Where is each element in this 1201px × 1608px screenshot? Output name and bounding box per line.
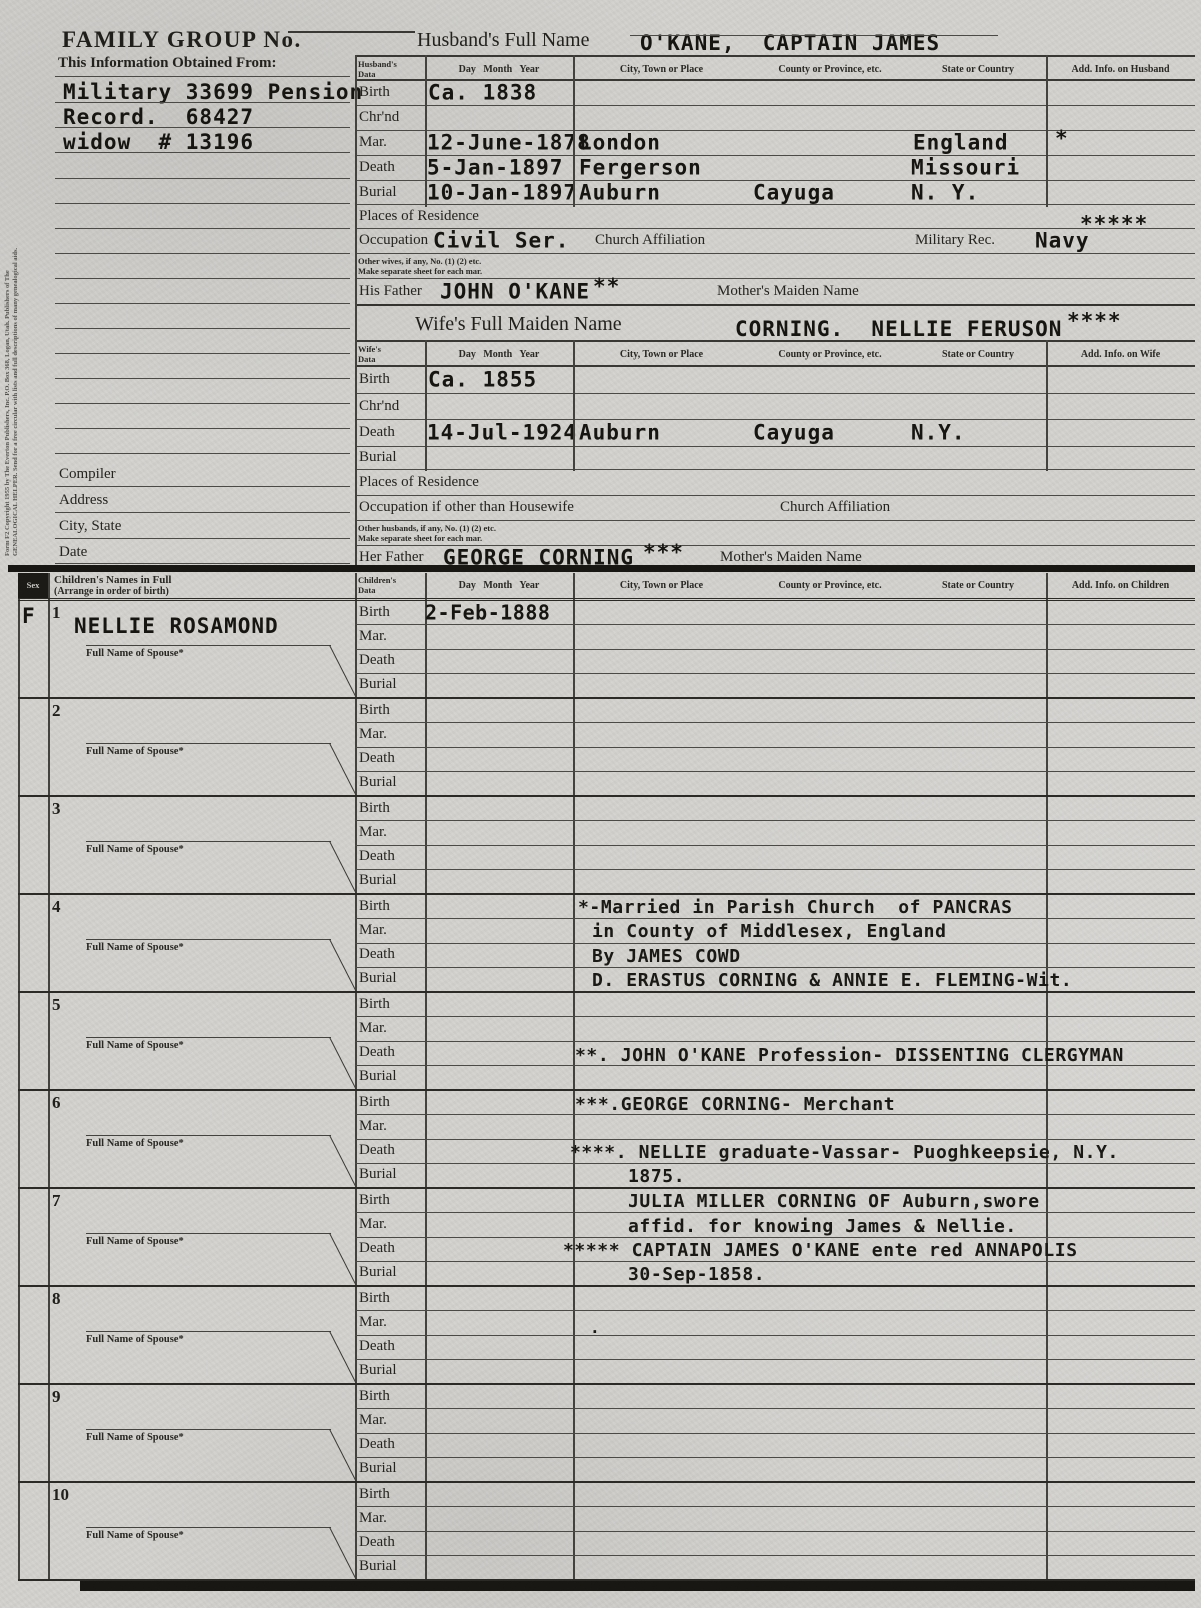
wife-christened-row: Chr'nd — [355, 394, 1195, 420]
burial-label: Burial — [359, 1069, 397, 1086]
marriage-label: Mar. — [359, 1216, 387, 1233]
rule-line — [55, 278, 350, 279]
child-number: 9 — [52, 1387, 61, 1407]
husband-marriage-row: Mar. 12-June-1878 London England * — [355, 131, 1195, 156]
child-sex-value: F — [22, 604, 36, 628]
spouse-name-line — [86, 743, 331, 744]
marriage-label: Mar. — [359, 824, 387, 841]
other-husbands-note-line2: Make separate sheet for each mar. — [358, 534, 482, 544]
husband-death-city: Fergerson — [579, 156, 702, 180]
spouse-diagonal-line — [329, 1037, 356, 1089]
birth-label: Birth — [359, 371, 390, 388]
husband-death-state: Missouri — [911, 156, 1020, 180]
marriage-note-line-4: D. ERASTUS CORNING & ANNIE E. FLEMING-Wi… — [592, 970, 1072, 991]
marriage-label: Mar. — [359, 726, 387, 743]
church-affiliation-label: Church Affiliation — [595, 232, 705, 249]
death-label: Death — [359, 652, 395, 669]
child-data-rows: Birth Mar. Death Burial — [355, 1385, 1195, 1481]
husband-burial-county: Cayuga — [753, 180, 835, 204]
his-father-stars: ** — [593, 274, 620, 298]
date-label: Date — [59, 544, 87, 561]
spouse-name-label: Full Name of Spouse* — [86, 942, 184, 953]
child-burial-row: Burial — [355, 772, 1195, 795]
city-column-header: City, Town or Place — [573, 342, 750, 368]
spouse-name-label: Full Name of Spouse* — [86, 1334, 184, 1345]
child-burial-row: Burial — [355, 1360, 1195, 1383]
wife-name-stars: **** — [1067, 309, 1122, 333]
child-block: 2 Full Name of Spouse* Birth Mar. Death … — [18, 699, 1195, 797]
husband-birth-row: Birth Ca. 1838 — [355, 81, 1195, 106]
death-label: Death — [359, 159, 395, 176]
column-line — [355, 55, 357, 569]
birth-label: Birth — [359, 800, 390, 817]
rule-line — [55, 486, 350, 487]
child-death-row: Death — [355, 846, 1195, 870]
info-column-header: Add. Info. on Wife — [1046, 342, 1195, 368]
spouse-name-line — [86, 1429, 331, 1430]
marriage-label: Mar. — [359, 1020, 387, 1037]
birth-label: Birth — [359, 702, 390, 719]
his-father-label: His Father — [359, 283, 422, 300]
column-line — [573, 340, 575, 471]
children-blocks: F 1 NELLIE ROSAMOND Full Name of Spouse*… — [18, 601, 1195, 1581]
column-line — [425, 340, 427, 471]
military-note-stars: ***** — [1080, 212, 1148, 236]
occupation-label: Occupation — [359, 232, 428, 249]
child-number: 3 — [52, 799, 61, 819]
children-table-header: Sex Children's Names in Full (Arrange in… — [18, 573, 1195, 601]
places-of-residence-label: Places of Residence — [359, 208, 479, 225]
child-number: 4 — [52, 897, 61, 917]
annapolis-note-line-1: ***** CAPTAIN JAMES O'KANE ente red ANNA… — [563, 1240, 1078, 1261]
spouse-name-label: Full Name of Spouse* — [86, 1138, 184, 1149]
john-okane-note: **. JOHN O'KANE Profession- DISSENTING C… — [575, 1045, 1124, 1066]
husband-burial-date: 10-Jan-1897 — [427, 180, 577, 204]
form-title: FAMILY GROUP No. — [62, 27, 302, 53]
child-number: 7 — [52, 1191, 61, 1211]
burial-label: Burial — [359, 1167, 397, 1184]
child-birth-row: Birth — [355, 1483, 1195, 1507]
spouse-name-line — [86, 1527, 331, 1528]
child-marriage-row: Mar. — [355, 1409, 1195, 1433]
husband-burial-row: Burial 10-Jan-1897 Auburn Cayuga N. Y. — [355, 181, 1195, 205]
child-death-row: Death — [355, 944, 1195, 968]
child-data-rows: Birth Mar. Death Burial — [355, 993, 1195, 1089]
rule-line — [55, 303, 350, 304]
child-data-rows: Birth Mar. Death Burial — [355, 699, 1195, 795]
wife-occupation-label: Occupation if other than Housewife — [359, 499, 574, 516]
column-line — [1046, 55, 1048, 207]
child-burial-row: Burial — [355, 1262, 1195, 1285]
rule-line — [55, 353, 350, 354]
marriage-label: Mar. — [359, 1412, 387, 1429]
rule-line — [55, 203, 350, 204]
husband-mother-maiden-label: Mother's Maiden Name — [717, 283, 859, 300]
spouse-name-line — [86, 1135, 331, 1136]
state-column-header: State or Country — [910, 573, 1046, 598]
child-number: 8 — [52, 1289, 61, 1309]
rule-line — [55, 178, 350, 179]
child-marriage-row: Mar. — [355, 1115, 1195, 1139]
child-block: 9 Full Name of Spouse* Birth Mar. Death … — [18, 1385, 1195, 1483]
rule-line — [55, 453, 350, 454]
wife-occupation-row: Occupation if other than Housewife Churc… — [355, 496, 1195, 521]
wife-death-city: Auburn — [579, 421, 661, 445]
places-of-residence-label: Places of Residence — [359, 474, 479, 491]
marriage-label: Mar. — [359, 922, 387, 939]
source-line-2: Record. 68427 — [63, 105, 254, 129]
death-label: Death — [359, 946, 395, 963]
death-label: Death — [359, 1338, 395, 1355]
city-column-header: City, Town or Place — [573, 573, 750, 598]
form-number-blank-line — [288, 31, 415, 33]
source-and-compiler-column: This Information Obtained From: Military… — [55, 55, 355, 570]
husband-birth-date: Ca. 1838 — [428, 81, 537, 105]
child-number: 5 — [52, 995, 61, 1015]
spouse-name-line — [86, 645, 331, 646]
birth-label: Birth — [359, 1388, 390, 1405]
section-separator-bar — [8, 565, 1195, 572]
child-birth-date: 2-Feb-1888 — [425, 600, 550, 624]
state-column-header: State or Country — [910, 342, 1046, 368]
child-marriage-row: Mar. — [355, 821, 1195, 845]
husband-marriage-state: England — [913, 131, 1009, 155]
child-burial-row: Burial — [355, 674, 1195, 697]
state-column-header: State or Country — [910, 57, 1046, 83]
child-data-rows: Birth Mar. Death Burial — [355, 1483, 1195, 1579]
wife-birth-row: Birth Ca. 1855 — [355, 367, 1195, 394]
death-label: Death — [359, 848, 395, 865]
info-column-header: Add. Info. on Husband — [1046, 57, 1195, 83]
child-data-rows: Birth 2-Feb-1888 Mar. Death Burial — [355, 601, 1195, 697]
spouse-name-line — [86, 1037, 331, 1038]
george-corning-note: ***.GEORGE CORNING- Merchant — [575, 1094, 895, 1115]
burial-label: Burial — [359, 1461, 397, 1478]
child-number: 10 — [52, 1485, 69, 1505]
rule-line — [55, 76, 350, 77]
source-line-3: widow # 13196 — [63, 130, 254, 154]
column-line — [1046, 340, 1048, 471]
burial-label: Burial — [359, 1559, 397, 1576]
spouse-name-label: Full Name of Spouse* — [86, 1530, 184, 1541]
date-column-header: Day Month Year — [425, 573, 573, 598]
child-death-row: Death — [355, 1532, 1195, 1556]
wife-birth-date: Ca. 1855 — [428, 368, 537, 392]
marriage-label: Mar. — [359, 1510, 387, 1527]
city-column-header: City, Town or Place — [573, 57, 750, 83]
wife-name-value: CORNING. NELLIE FERUSON — [735, 317, 1062, 341]
wife-table-header: Wife's Data Day Month Year City, Town or… — [355, 340, 1195, 367]
death-label: Death — [359, 1240, 395, 1257]
birth-label: Birth — [359, 84, 390, 101]
compiler-label: Compiler — [59, 466, 116, 483]
death-label: Death — [359, 1044, 395, 1061]
info-column-header: Add. Info. on Children — [1046, 573, 1195, 598]
city-state-label: City, State — [59, 518, 121, 535]
spouse-name-line — [86, 841, 331, 842]
marriage-label: Mar. — [359, 134, 387, 151]
wife-burial-row: Burial — [355, 447, 1195, 470]
birth-label: Birth — [359, 996, 390, 1013]
husband-christened-row: Chr'nd — [355, 106, 1195, 131]
child-burial-row: Burial — [355, 1458, 1195, 1481]
burial-label: Burial — [359, 677, 397, 694]
christened-label: Chr'nd — [359, 109, 399, 126]
nellie-note-line-2: 1875. — [628, 1166, 685, 1187]
husband-marriage-info-star: * — [1055, 126, 1069, 150]
marriage-label: Mar. — [359, 628, 387, 645]
death-label: Death — [359, 1436, 395, 1453]
nellie-note-line-3: JULIA MILLER CORNING OF Auburn,swore — [628, 1191, 1040, 1212]
spouse-diagonal-line — [329, 1331, 356, 1383]
child-number: 1 — [52, 603, 61, 623]
burial-label: Burial — [359, 775, 397, 792]
child-name-value: NELLIE ROSAMOND — [74, 614, 279, 638]
child-marriage-row: Mar. — [355, 723, 1195, 747]
child-marriage-row: Mar. — [355, 1017, 1195, 1041]
marriage-label: Mar. — [359, 1314, 387, 1331]
marriage-note-line-1: *-Married in Parish Church of PANCRAS — [578, 897, 1013, 918]
column-line — [573, 55, 575, 207]
birth-label: Birth — [359, 1290, 390, 1307]
rule-line — [55, 378, 350, 379]
her-father-label: Her Father — [359, 549, 424, 566]
husband-burial-city: Auburn — [579, 180, 661, 204]
child-marriage-row: Mar. — [355, 1311, 1195, 1335]
child-block: 3 Full Name of Spouse* Birth Mar. Death … — [18, 797, 1195, 895]
husband-data-label: Husband's Data — [358, 60, 397, 79]
birth-label: Birth — [359, 1486, 390, 1503]
spouse-diagonal-line — [329, 645, 356, 697]
church-affiliation-label: Church Affiliation — [780, 499, 890, 516]
annapolis-note-line-2: 30-Sep-1858. — [628, 1264, 765, 1285]
birth-label: Birth — [359, 604, 390, 621]
rule-line — [55, 228, 350, 229]
birth-label: Birth — [359, 1192, 390, 1209]
her-father-stars: *** — [643, 541, 684, 565]
stray-mark: . — [590, 1318, 600, 1337]
spouse-diagonal-line — [329, 1429, 356, 1481]
burial-label: Burial — [359, 1363, 397, 1380]
child-block: 8 Full Name of Spouse* Birth Mar. Death … — [18, 1287, 1195, 1385]
burial-label: Burial — [359, 1265, 397, 1282]
husband-residence-row: Places of Residence — [355, 205, 1195, 229]
child-birth-row: Birth — [355, 1385, 1195, 1409]
child-block: 5 Full Name of Spouse* Birth Mar. Death … — [18, 993, 1195, 1091]
child-block: F 1 NELLIE ROSAMOND Full Name of Spouse*… — [18, 601, 1195, 699]
nellie-note-line-4: affid. for knowing James & Nellie. — [628, 1216, 1017, 1237]
child-birth-row: Birth — [355, 797, 1195, 821]
wife-other-husbands-row: Other husbands, if any, No. (1) (2) etc.… — [355, 521, 1195, 546]
children-names-header: Children's Names in Full — [54, 574, 171, 586]
spouse-name-label: Full Name of Spouse* — [86, 1040, 184, 1051]
child-birth-row: Birth 2-Feb-1888 — [355, 601, 1195, 625]
rule-line — [55, 512, 350, 513]
spouse-diagonal-line — [329, 841, 356, 893]
death-label: Death — [359, 1142, 395, 1159]
rule-line — [55, 563, 350, 564]
rule-line — [55, 253, 350, 254]
husband-occupation-row: Occupation Civil Ser. Church Affiliation… — [355, 229, 1195, 254]
wife-death-county: Cayuga — [753, 421, 835, 445]
birth-label: Birth — [359, 898, 390, 915]
husband-burial-state: N. Y. — [911, 180, 979, 204]
wife-residence-row: Places of Residence — [355, 470, 1195, 496]
spouse-name-label: Full Name of Spouse* — [86, 648, 184, 659]
child-block: 10 Full Name of Spouse* Birth Mar. Death… — [18, 1483, 1195, 1581]
children-names-subheader: (Arrange in order of birth) — [54, 586, 169, 597]
child-birth-row: Birth — [355, 993, 1195, 1017]
county-column-header: County or Province, etc. — [750, 57, 910, 83]
burial-label: Burial — [359, 184, 397, 201]
child-data-rows: Birth Mar. Death Burial — [355, 1287, 1195, 1383]
child-death-row: Death — [355, 1336, 1195, 1360]
spouse-diagonal-line — [329, 1233, 356, 1285]
husband-marriage-date: 12-June-1878 — [427, 131, 591, 155]
bottom-edge-bar — [80, 1581, 1195, 1591]
marriage-label: Mar. — [359, 1118, 387, 1135]
spouse-name-label: Full Name of Spouse* — [86, 746, 184, 757]
date-column-header: Day Month Year — [425, 342, 573, 368]
child-death-row: Death — [355, 1434, 1195, 1458]
husband-father-row: His Father JOHN O'KANE ** Mother's Maide… — [355, 279, 1195, 306]
date-column-header: Day Month Year — [425, 57, 573, 83]
rule-line — [55, 127, 350, 128]
rule-line — [55, 328, 350, 329]
spouse-diagonal-line — [329, 743, 356, 795]
child-death-row: Death — [355, 748, 1195, 772]
husband-other-wives-row: Other wives, if any, No. (1) (2) etc. Ma… — [355, 254, 1195, 279]
child-birth-row: Birth — [355, 699, 1195, 723]
spouse-name-label: Full Name of Spouse* — [86, 1236, 184, 1247]
other-wives-note-line2: Make separate sheet for each mar. — [358, 267, 482, 277]
child-burial-row: Burial — [355, 1164, 1195, 1187]
source-label: This Information Obtained From: — [58, 55, 277, 72]
marriage-note-line-3: By JAMES COWD — [592, 946, 741, 967]
christened-label: Chr'nd — [359, 398, 399, 415]
spouse-diagonal-line — [329, 1135, 356, 1187]
spouse-name-label: Full Name of Spouse* — [86, 1432, 184, 1443]
nellie-note-line-1: ****. NELLIE graduate-Vassar- Puoghkeeps… — [570, 1142, 1119, 1163]
rule-line — [55, 403, 350, 404]
burial-label: Burial — [359, 971, 397, 988]
rule-line — [55, 152, 350, 153]
husband-marriage-city: London — [579, 131, 661, 155]
death-label: Death — [359, 750, 395, 767]
husband-table-header: Husband's Data Day Month Year City, Town… — [355, 55, 1195, 81]
address-label: Address — [59, 492, 108, 509]
wife-death-date: 14-Jul-1924 — [427, 421, 577, 445]
child-birth-row: Birth — [355, 1287, 1195, 1311]
husband-wife-tables: Husband's Data Day Month Year City, Town… — [355, 55, 1195, 570]
child-marriage-row: Mar. — [355, 1507, 1195, 1531]
husband-name-label: Husband's Full Name — [417, 29, 589, 52]
child-data-rows: Birth Mar. Death Burial — [355, 797, 1195, 893]
his-father-value: JOHN O'KANE — [440, 279, 590, 303]
burial-label: Burial — [359, 873, 397, 890]
occupation-value: Civil Ser. — [433, 229, 569, 253]
column-line — [425, 55, 427, 207]
county-column-header: County or Province, etc. — [750, 573, 910, 598]
children-data-label: Children's Data — [358, 576, 396, 595]
burial-label: Burial — [359, 449, 397, 466]
birth-label: Birth — [359, 1094, 390, 1111]
family-group-record-sheet: Form F2 Copyright 1955 by The Everton Pu… — [0, 0, 1201, 1608]
death-label: Death — [359, 1534, 395, 1551]
rule-line — [55, 538, 350, 539]
child-marriage-row: Mar. — [355, 625, 1195, 649]
spouse-diagonal-line — [329, 939, 356, 991]
child-burial-row: Burial — [355, 870, 1195, 893]
wife-death-row: Death 14-Jul-1924 Auburn Cayuga N.Y. — [355, 420, 1195, 447]
spouse-name-line — [86, 939, 331, 940]
wife-death-state: N.Y. — [911, 421, 966, 445]
county-column-header: County or Province, etc. — [750, 342, 910, 368]
child-number: 2 — [52, 701, 61, 721]
husband-death-row: Death 5-Jan-1897 Fergerson Missouri — [355, 156, 1195, 181]
source-line-1: Military 33699 Pension — [63, 80, 363, 104]
spouse-name-line — [86, 1331, 331, 1332]
child-burial-row: Burial — [355, 1066, 1195, 1089]
spouse-name-line — [86, 1233, 331, 1234]
sex-column-header: Sex — [18, 573, 48, 598]
publisher-edge-note: Form F2 Copyright 1955 by The Everton Pu… — [4, 226, 19, 556]
husband-death-date: 5-Jan-1897 — [427, 156, 563, 180]
child-death-row: Death — [355, 650, 1195, 674]
child-burial-row: Burial — [355, 1556, 1195, 1579]
spouse-name-label: Full Name of Spouse* — [86, 844, 184, 855]
rule-line — [55, 102, 350, 103]
wife-maiden-name-label: Wife's Full Maiden Name — [415, 313, 622, 336]
wife-data-label: Wife's Data — [358, 345, 381, 364]
child-number: 6 — [52, 1093, 61, 1113]
military-record-label: Military Rec. — [915, 232, 995, 249]
marriage-note-line-2: in County of Middlesex, England — [592, 921, 947, 942]
husband-name-underline — [630, 35, 998, 36]
spouse-diagonal-line — [329, 1527, 356, 1579]
rule-line — [55, 428, 350, 429]
death-label: Death — [359, 424, 395, 441]
wife-mother-maiden-label: Mother's Maiden Name — [720, 549, 862, 566]
